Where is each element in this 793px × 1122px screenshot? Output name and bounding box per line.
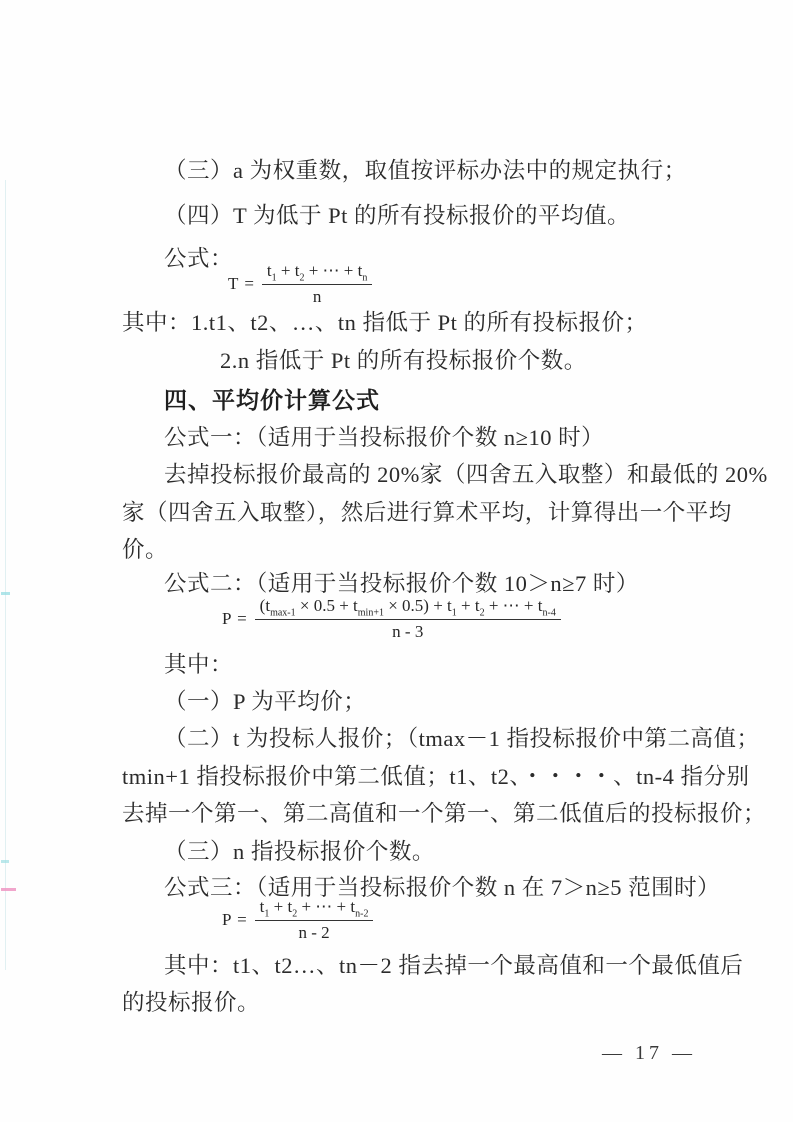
text-line-rule-2: 家（四舍五入取整），然后进行算术平均，计算得出一个平均 [122, 500, 732, 526]
text-line-note-2: 2.n 指低于 Pt 的所有投标报价个数。 [220, 348, 587, 374]
scan-artifact-pink-tick [1, 888, 16, 891]
text-line-note-3-1: 其中：t1、t2…、tn－2 指去掉一个最高值和一个最低值后 [164, 953, 743, 979]
text-line-formula-one: 公式一：（适用于当投标报价个数 n≥10 时） [164, 425, 604, 451]
text-line-note-3-2: 的投标报价。 [122, 990, 260, 1016]
formula-lhs: T = [228, 274, 255, 294]
scan-artifact-vertical-line [5, 180, 6, 970]
numerator: t1 + t2 + ⋯ + tn [262, 261, 372, 285]
formula-lhs: P = [222, 910, 248, 930]
text-line-def-t-2: tmin+1 指投标报价中第二低值；t1、t2、・・・・、tn-4 指分别 [122, 764, 749, 790]
formula-p-average-3: P = t1 + t2 + ⋯ + tn-2 n - 2 [222, 897, 373, 943]
text-line-rule-3: 价。 [122, 537, 168, 563]
denominator: n - 3 [392, 620, 423, 642]
text-line-item-3-weight: （三）a 为权重数，取值按评标办法中的规定执行； [164, 158, 687, 184]
scan-artifact-cyan-tick [1, 860, 9, 863]
page-number: — 17 — [602, 1042, 696, 1065]
text-line-where: 其中： [164, 652, 233, 678]
document-page: （三）a 为权重数，取值按评标办法中的规定执行； （四）T 为低于 Pt 的所有… [0, 0, 793, 1122]
text-line-item-4-average: （四）T 为低于 Pt 的所有投标报价的平均值。 [164, 203, 630, 229]
text-line-formula-two: 公式二：（适用于当投标报价个数 10＞n≥7 时） [164, 571, 639, 597]
fraction: t1 + t2 + ⋯ + tn n [262, 261, 372, 307]
numerator: (tmax-1 × 0.5 + tmin+1 × 0.5) + t1 + t2 … [255, 596, 561, 620]
fraction: (tmax-1 × 0.5 + tmin+1 × 0.5) + t1 + t2 … [255, 596, 561, 642]
numerator: t1 + t2 + ⋯ + tn-2 [255, 897, 374, 921]
text-line-def-t-1: （二）t 为投标人报价；（tmax－1 指投标报价中第二高值； [164, 726, 760, 752]
denominator: n [313, 285, 322, 307]
formula-lhs: P = [222, 609, 248, 629]
scan-artifact-cyan-tick [1, 592, 10, 595]
text-line-rule-1: 去掉投标报价最高的 20%家（四舍五入取整）和最低的 20% [164, 462, 768, 488]
denominator: n - 2 [298, 921, 329, 943]
formula-p-average-2: P = (tmax-1 × 0.5 + tmin+1 × 0.5) + t1 +… [222, 596, 561, 642]
fraction: t1 + t2 + ⋯ + tn-2 n - 2 [255, 897, 374, 943]
text-line-def-n: （三）n 指投标报价个数。 [164, 839, 435, 865]
formula-t-average: T = t1 + t2 + ⋯ + tn n [228, 261, 372, 307]
text-line-formula-label: 公式： [164, 246, 233, 272]
text-line-def-t-3: 去掉一个第一、第二高值和一个第一、第二低值后的投标报价； [122, 801, 766, 827]
text-line-def-p: （一）P 为平均价； [164, 689, 366, 715]
text-line-note-1: 其中：1.t1、t2、…、tn 指低于 Pt 的所有投标报价； [122, 310, 648, 336]
section-heading: 四、平均价计算公式 [164, 387, 380, 413]
